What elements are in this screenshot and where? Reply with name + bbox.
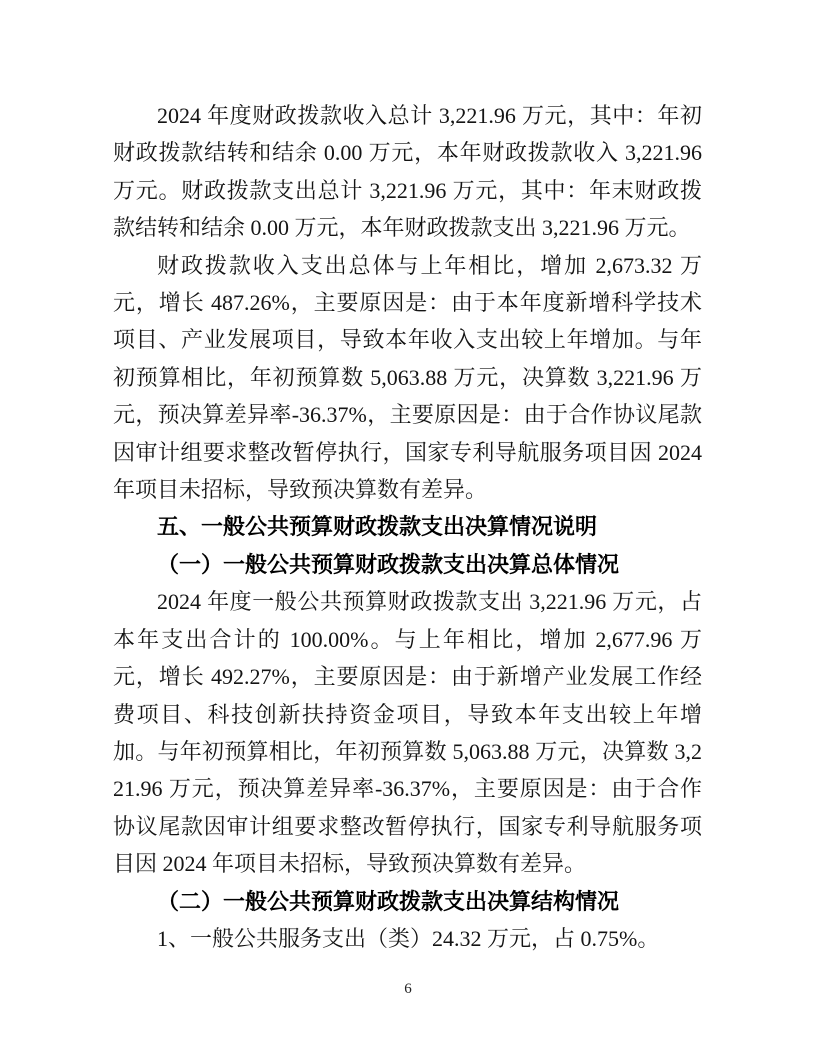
heading-section-five: 五、一般公共预算财政拨款支出决算情况说明 <box>113 508 702 545</box>
para-fiscal-yoy-and-budget-comparison: 财政拨款收入支出总体与上年相比，增加 2,673.32 万元，增长 487.26… <box>113 247 702 509</box>
document-page: 2024 年度财政拨款收入总计 3,221.96 万元，其中：年初财政拨款结转和… <box>0 0 816 1056</box>
document-body: 2024 年度财政拨款收入总计 3,221.96 万元，其中：年初财政拨款结转和… <box>113 97 702 957</box>
para-general-budget-expenditure-overview: 2024 年度一般公共预算财政拨款支出 3,221.96 万元，占本年支出合计的… <box>113 583 702 882</box>
heading-subsection-one-overall: （一）一般公共预算财政拨款支出决算总体情况 <box>113 546 702 583</box>
heading-subsection-two-structure: （二）一般公共预算财政拨款支出决算结构情况 <box>113 883 702 920</box>
para-general-public-service-expenditure: 1、一般公共服务支出（类）24.32 万元，占 0.75%。 <box>113 920 702 957</box>
page-number: 6 <box>0 980 816 998</box>
para-fiscal-income-expenditure-total: 2024 年度财政拨款收入总计 3,221.96 万元，其中：年初财政拨款结转和… <box>113 97 702 247</box>
